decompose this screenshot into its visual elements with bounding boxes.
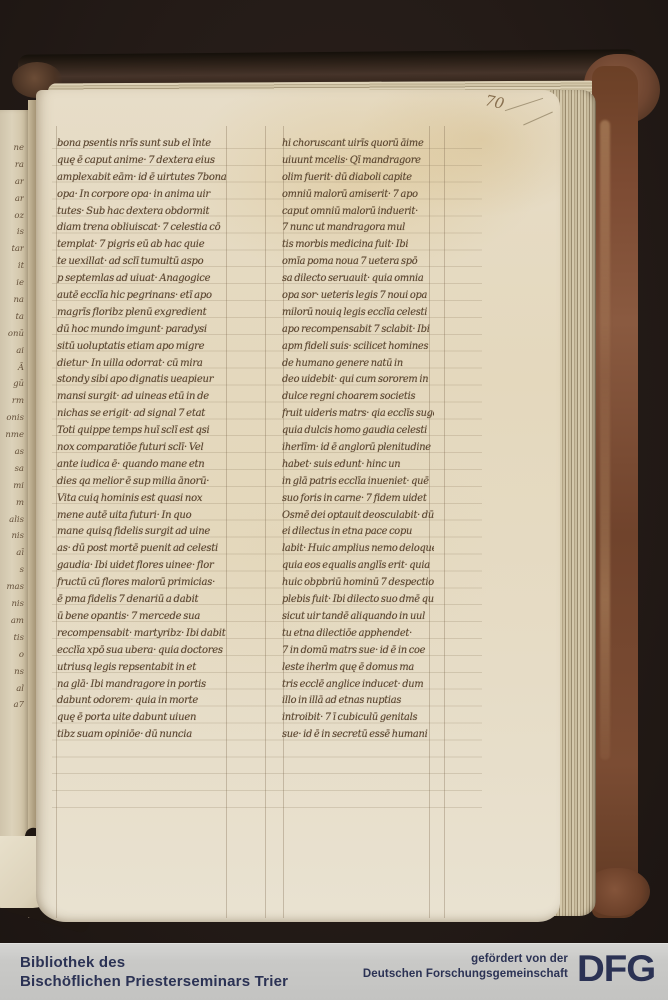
manuscript-line: ū bene opantis· 7 mercede sua — [57, 609, 229, 626]
manuscript-line: milorū nouiq legis ecclīa celesti — [282, 305, 434, 322]
manuscript-line: quia eos equalis anglīs erit· quia — [282, 558, 434, 575]
manuscript-line: apm fideli suis· scilicet homines — [282, 339, 434, 356]
manuscript-line: utriusq legis repsentabit in et — [57, 660, 229, 677]
manuscript-line: ecclīa xpō sua ubera· quia doctores — [57, 643, 229, 660]
library-name: Bibliothek des Bischöflichen Priestersem… — [20, 953, 288, 991]
parchment-page: 70 bona psentis nrīs sunt sub el īntequę… — [36, 90, 560, 922]
manuscript-line: magrīs floribz plenū exgredient — [57, 305, 229, 322]
manuscript-line: sa dilecto seruauit· quia omnia — [282, 271, 434, 288]
manuscript-line: dulce regni choarem societis — [282, 389, 434, 406]
manuscript-line: uiuunt mcelis· Qī mandragore — [282, 153, 434, 170]
margin-fragment: s — [0, 562, 24, 579]
library-name-line1: Bibliothek des — [20, 953, 288, 972]
manuscript-line: apo recompensabit 7 sclabit· Ibi — [282, 322, 434, 339]
manuscript-line: dies qa melior ē sup milia ānorū· — [57, 474, 229, 491]
manuscript-line: plebis fuit· Ibi dilecto suo dmē que — [282, 592, 434, 609]
manuscript-line: opa sor· ueteris legis 7 noui opa — [282, 288, 434, 305]
margin-fragment: a7 — [0, 697, 24, 714]
dfg-logo: DFG — [577, 947, 655, 991]
margin-fragment: na — [0, 292, 24, 309]
folio-number: 70 — [482, 91, 534, 126]
leather-cover-highlight — [600, 120, 610, 760]
manuscript-line: tu etna dilectiōe apphendet· — [282, 626, 434, 643]
manuscript-line: gaudia· Ibi uidet flores uinee· flor — [57, 558, 229, 575]
manuscript-line: leste iherlm quę ē domus ma — [282, 660, 434, 677]
manuscript-line: recompensabit· martyribz· Ibi dabit — [57, 626, 229, 643]
manuscript-line: na glā· Ibi mandragore in portis — [57, 677, 229, 694]
manuscript-line: nox comparatiōe futuri sclī· Vel — [57, 440, 229, 457]
manuscript-line: fruit uideris matrs· qia ecclīs suget — [282, 406, 434, 423]
manuscript-line: caput omniū malorū induerit· — [282, 204, 434, 221]
manuscript-line: stondy sibi apo dignatis ueapieur — [57, 372, 229, 389]
text-column-right: hi choruscant uirīs quorū āimeuiuunt mce… — [282, 136, 434, 744]
manuscript-line: Osmē dei optauit deosculabit· dū — [282, 508, 434, 525]
manuscript-line: te uexillat· ad sclī tumultū aspo — [57, 254, 229, 271]
manuscript-line: tis morbis medicina fuit· Ibi — [282, 237, 434, 254]
funding-credit: gefördert von der Deutschen Forschungsge… — [363, 952, 568, 981]
manuscript-line: hi choruscant uirīs quorū āime — [282, 136, 434, 153]
manuscript-line: quę ē caput anime· 7 dextera eius — [57, 153, 229, 170]
vertical-ruling — [265, 126, 266, 918]
margin-fragment: gū — [0, 376, 24, 393]
manuscript-line: suo foris in carne· 7 fidem uidet — [282, 491, 434, 508]
facing-page-text-fragments: neraararozistaritienataonūaiĀgūrmonisnme… — [0, 110, 30, 908]
manuscript-line: labit· Huic amplius nemo deloquet — [282, 541, 434, 558]
margin-fragment: is — [0, 224, 24, 241]
funding-credit-line1: gefördert von der — [363, 952, 568, 967]
manuscript-line: omniū malorū amiserit· 7 apo — [282, 187, 434, 204]
margin-fragment: ai — [0, 343, 24, 360]
manuscript-line: autē ecclīa hic pegrinans· etī apo — [57, 288, 229, 305]
margin-fragment: ar — [0, 174, 24, 191]
margin-fragment: tar — [0, 241, 24, 258]
margin-fragment: rm — [0, 393, 24, 410]
library-name-line2: Bischöflichen Priesterseminars Trier — [20, 972, 288, 991]
manuscript-line: olim fuerit· dū diaboli capite — [282, 170, 434, 187]
manuscript-line: dū hoc mundo imgunt· paradysi — [57, 322, 229, 339]
manuscript-line: 7 nunc ut mandragora mul — [282, 220, 434, 237]
manuscript-line: huic obpbriū hominū 7 despectio — [282, 575, 434, 592]
funding-credit-line2: Deutschen Forschungsgemeinschaft — [363, 967, 568, 982]
manuscript-line: ante iudica ē· quando mane etn — [57, 457, 229, 474]
manuscript-line: quę ē porta uite dabunt uiuen — [57, 710, 229, 727]
manuscript-line: sicut uir tandē aliquando in uul — [282, 609, 434, 626]
manuscript-line: bona psentis nrīs sunt sub el īnte — [57, 136, 229, 153]
margin-fragment: alis — [0, 512, 24, 529]
margin-fragment-list: neraararozistaritienataonūaiĀgūrmonisnme… — [0, 140, 27, 714]
manuscript-line: iherlīm· id ē anglorū plenitudine — [282, 440, 434, 457]
margin-fragment: onū — [0, 326, 24, 343]
margin-fragment: ar — [0, 191, 24, 208]
manuscript-line: de humano genere natū in — [282, 356, 434, 373]
margin-fragment: am — [0, 613, 24, 630]
manuscript-line: illo in illā ad etnas nuptias — [282, 693, 434, 710]
margin-fragment: nis — [0, 596, 24, 613]
leather-cover-right — [592, 66, 638, 918]
margin-fragment: ta — [0, 309, 24, 326]
manuscript-line: nichas se erigit· ad signal 7 etat — [57, 406, 229, 423]
margin-fragment: m — [0, 495, 24, 512]
manuscript-line: opa· In corpore opa· in anima uir — [57, 187, 229, 204]
margin-fragment: nis — [0, 528, 24, 545]
manuscript-line: quia dulcis homo gaudia celesti — [282, 423, 434, 440]
manuscript-line: 7 in domū matrs sue· id ē in coe — [282, 643, 434, 660]
vertical-ruling — [444, 126, 445, 918]
margin-fragment: onis — [0, 410, 24, 427]
manuscript-line: Toti quippe temps huī sclī est qsi — [57, 423, 229, 440]
margin-fragment: as — [0, 444, 24, 461]
manuscript-line: templat· 7 pigris eū ab hac quie — [57, 237, 229, 254]
margin-fragment: ns — [0, 664, 24, 681]
margin-fragment: sa — [0, 461, 24, 478]
margin-fragment: nme — [0, 427, 24, 444]
digitization-footer-banner: Bibliothek des Bischöflichen Priestersem… — [0, 943, 668, 1000]
manuscript-line: sue· id ē in secretū essē humani — [282, 727, 434, 744]
manuscript-scan-page: neraararozistaritienataonūaiĀgūrmonisnme… — [0, 0, 668, 1000]
manuscript-line: p septemlas ad uiuat· Anagogice — [57, 271, 229, 288]
manuscript-line: Vita cuiq hominis est quasi nox — [57, 491, 229, 508]
manuscript-line: dietur· In uilla odorrat· cū mira — [57, 356, 229, 373]
manuscript-line: mansi surgit· ad uineas etū in de — [57, 389, 229, 406]
margin-fragment: ne — [0, 140, 24, 157]
manuscript-line: sitū uoluptatis etiam apo migre — [57, 339, 229, 356]
manuscript-line: omīa poma noua 7 uetera spō — [282, 254, 434, 271]
manuscript-line: ei dilectus in etna pace copu — [282, 524, 434, 541]
manuscript-line: as· dū post mortē puenit ad celesti — [57, 541, 229, 558]
margin-fragment: mas — [0, 579, 24, 596]
manuscript-line: dabunt odorem· quia in morte — [57, 693, 229, 710]
margin-fragment: ra — [0, 157, 24, 174]
manuscript-line: diam trena obliuiscat· 7 celestia cō — [57, 220, 229, 237]
manuscript-line: deo uidebit· qui cum sororem in — [282, 372, 434, 389]
margin-fragment: ie — [0, 275, 24, 292]
manuscript-line: mene autē uita futuri· In quo — [57, 508, 229, 525]
manuscript-line: introibit· 7 ī cubiculū genitals — [282, 710, 434, 727]
margin-fragment: it — [0, 258, 24, 275]
text-column-left: bona psentis nrīs sunt sub el īntequę ē … — [57, 136, 229, 744]
manuscript-line: ē pma fidelis 7 denariū a dabit — [57, 592, 229, 609]
manuscript-line: tibz suam opiniōe· dū nuncia — [57, 727, 229, 744]
manuscript-line: habet· suis edunt· hinc un — [282, 457, 434, 474]
manuscript-line: tris ecclē anglice inducet· dum — [282, 677, 434, 694]
margin-fragment: Ā — [0, 360, 24, 377]
manuscript-line: in glā patris ecclīa inueniet· quē — [282, 474, 434, 491]
margin-fragment: al — [0, 681, 24, 698]
manuscript-line: mane quisq fidelis surgit ad uine — [57, 524, 229, 541]
margin-fragment: o — [0, 647, 24, 664]
margin-fragment: tis — [0, 630, 24, 647]
manuscript-line: amplexabit eām· id ē uirtutes 7bona — [57, 170, 229, 187]
margin-fragment: oz — [0, 208, 24, 225]
margin-fragment: mi — [0, 478, 24, 495]
margin-fragment: aī — [0, 545, 24, 562]
manuscript-line: tutes· Sub hac dextera obdormit — [57, 204, 229, 221]
manuscript-line: fructū cū flores malorū primicias· — [57, 575, 229, 592]
